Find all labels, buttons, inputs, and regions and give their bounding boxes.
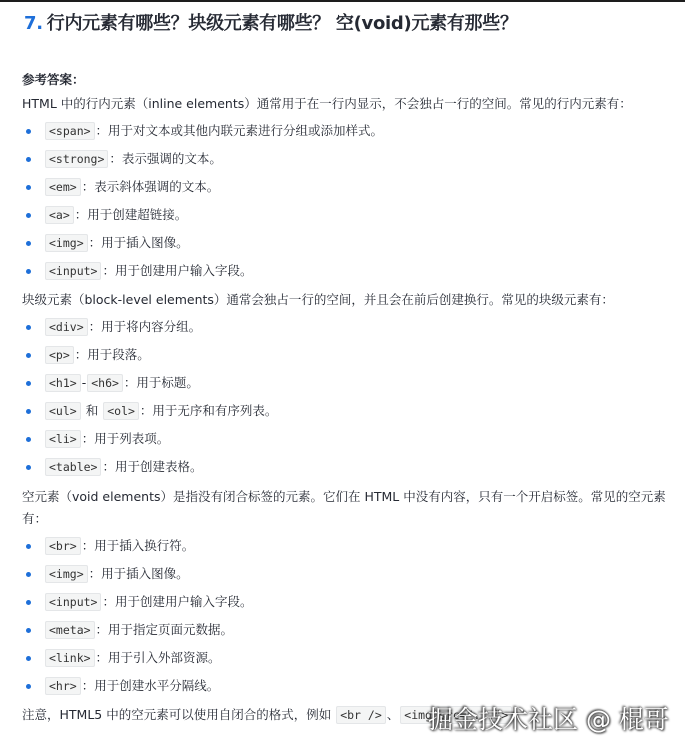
code-tag: <ul> bbox=[45, 402, 81, 420]
bullet-icon bbox=[26, 656, 31, 661]
bullet-icon bbox=[26, 684, 31, 689]
code-tag: <img> bbox=[45, 565, 88, 583]
item-desc: ：用于指定页面元数据。 bbox=[96, 622, 234, 637]
code-tag: <ol> bbox=[103, 402, 139, 420]
bullet-icon bbox=[26, 129, 31, 134]
bullet-icon bbox=[26, 409, 31, 414]
separator: - bbox=[82, 375, 87, 390]
bullet-icon bbox=[26, 628, 31, 633]
item-desc: ：表示斜体强调的文本。 bbox=[82, 179, 220, 194]
code-tag: <em> bbox=[45, 178, 81, 196]
list-item: <strong>：表示强调的文本。 bbox=[0, 146, 383, 174]
bullet-icon bbox=[26, 465, 31, 470]
bullet-icon bbox=[26, 269, 31, 274]
code-tag: <br /> bbox=[336, 706, 386, 724]
code-tag: <li> bbox=[45, 430, 81, 448]
item-desc: ：用于对文本或其他内联元素进行分组或添加样式。 bbox=[96, 123, 384, 138]
code-tag: <a> bbox=[45, 206, 74, 224]
list-item: <link>：用于引入外部资源。 bbox=[0, 645, 252, 673]
item-desc: ：用于创建用户输入字段。 bbox=[102, 594, 252, 609]
code-tag: <br> bbox=[45, 537, 81, 555]
block-intro: 块级元素（block-level elements）通常会独占一行的空间，并且会… bbox=[22, 289, 614, 311]
question-number: 7. bbox=[24, 13, 43, 34]
list-item: <table>：用于创建表格。 bbox=[0, 454, 277, 482]
answer-label: 参考答案： bbox=[22, 70, 85, 88]
bullet-icon bbox=[26, 213, 31, 218]
list-item: <p>：用于段落。 bbox=[0, 342, 277, 370]
watermark: 掘金技术社区 @ 棍哥 bbox=[428, 700, 669, 736]
list-item: <li>：用于列表项。 bbox=[0, 426, 277, 454]
question-heading: 7.行内元素有哪些？块级元素有哪些？ 空(void)元素有那些？ bbox=[24, 9, 518, 35]
code-tag: <h6> bbox=[87, 374, 123, 392]
list-item: <a>：用于创建超链接。 bbox=[0, 202, 383, 230]
list-item: <ul>和<ol>：用于无序和有序列表。 bbox=[0, 398, 277, 426]
bullet-icon bbox=[26, 185, 31, 190]
list-item: <hr>：用于创建水平分隔线。 bbox=[0, 673, 252, 701]
code-tag: <p> bbox=[45, 346, 74, 364]
code-tag: <strong> bbox=[45, 150, 108, 168]
item-desc: ：用于创建用户输入字段。 bbox=[102, 263, 252, 278]
item-desc: ：用于插入换行符。 bbox=[82, 538, 195, 553]
list-item: <meta>：用于指定页面元数据。 bbox=[0, 617, 252, 645]
note-text: 注意，HTML5 中的空元素可以使用自闭合的格式，例如 bbox=[22, 707, 331, 722]
code-tag: <div> bbox=[45, 318, 88, 336]
item-desc: ：用于段落。 bbox=[75, 347, 150, 362]
list-item: <h1>-<h6>：用于标题。 bbox=[0, 370, 277, 398]
list-item: <div>：用于将内容分组。 bbox=[0, 314, 277, 342]
bullet-icon bbox=[26, 437, 31, 442]
code-tag: <input> bbox=[45, 593, 101, 611]
list-item: <br>：用于插入换行符。 bbox=[0, 533, 252, 561]
item-desc: ：用于无序和有序列表。 bbox=[140, 403, 278, 418]
separator: 和 bbox=[86, 403, 99, 418]
item-desc: ：用于创建表格。 bbox=[102, 459, 202, 474]
item-desc: ：用于创建水平分隔线。 bbox=[82, 678, 220, 693]
bullet-icon bbox=[26, 544, 31, 549]
code-tag: <hr> bbox=[45, 677, 81, 695]
list-item: <input>：用于创建用户输入字段。 bbox=[0, 258, 383, 286]
separator: 、 bbox=[387, 707, 400, 722]
item-desc: ：用于插入图像。 bbox=[89, 235, 189, 250]
inline-intro: HTML 中的行内元素（inline elements）通常用于在一行内显示，不… bbox=[22, 93, 632, 115]
item-desc: ：用于标题。 bbox=[124, 375, 199, 390]
bullet-icon bbox=[26, 600, 31, 605]
item-desc: ：用于将内容分组。 bbox=[89, 319, 202, 334]
code-tag: <input> bbox=[45, 262, 101, 280]
list-item: <input>：用于创建用户输入字段。 bbox=[0, 589, 252, 617]
bullet-icon bbox=[26, 353, 31, 358]
code-tag: <h1> bbox=[45, 374, 81, 392]
list-item: <img>：用于插入图像。 bbox=[0, 561, 252, 589]
item-desc: ：用于插入图像。 bbox=[89, 566, 189, 581]
item-desc: ：表示强调的文本。 bbox=[109, 151, 222, 166]
code-tag: <link> bbox=[45, 649, 95, 667]
void-element-list: <br>：用于插入换行符。 <img>：用于插入图像。 <input>：用于创建… bbox=[0, 533, 252, 701]
item-desc: ：用于列表项。 bbox=[82, 431, 170, 446]
item-desc: ：用于创建超链接。 bbox=[75, 207, 188, 222]
bullet-icon bbox=[26, 572, 31, 577]
inline-element-list: <span>：用于对文本或其他内联元素进行分组或添加样式。 <strong>：表… bbox=[0, 118, 383, 286]
bullet-icon bbox=[26, 381, 31, 386]
code-tag: <table> bbox=[45, 458, 101, 476]
bullet-icon bbox=[26, 325, 31, 330]
void-intro: 空元素（void elements）是指没有闭合标签的元素。它们在 HTML 中… bbox=[22, 486, 667, 530]
list-item: <em>：表示斜体强调的文本。 bbox=[0, 174, 383, 202]
code-tag: <span> bbox=[45, 122, 95, 140]
bullet-icon bbox=[26, 157, 31, 162]
list-item: <img>：用于插入图像。 bbox=[0, 230, 383, 258]
block-element-list: <div>：用于将内容分组。 <p>：用于段落。 <h1>-<h6>：用于标题。… bbox=[0, 314, 277, 482]
bullet-icon bbox=[26, 241, 31, 246]
code-tag: <meta> bbox=[45, 621, 95, 639]
question-text: 行内元素有哪些？块级元素有哪些？ 空(void)元素有那些？ bbox=[47, 13, 518, 34]
code-tag: <img> bbox=[45, 234, 88, 252]
list-item: <span>：用于对文本或其他内联元素进行分组或添加样式。 bbox=[0, 118, 383, 146]
item-desc: ：用于引入外部资源。 bbox=[96, 650, 221, 665]
top-border bbox=[0, 0, 685, 2]
